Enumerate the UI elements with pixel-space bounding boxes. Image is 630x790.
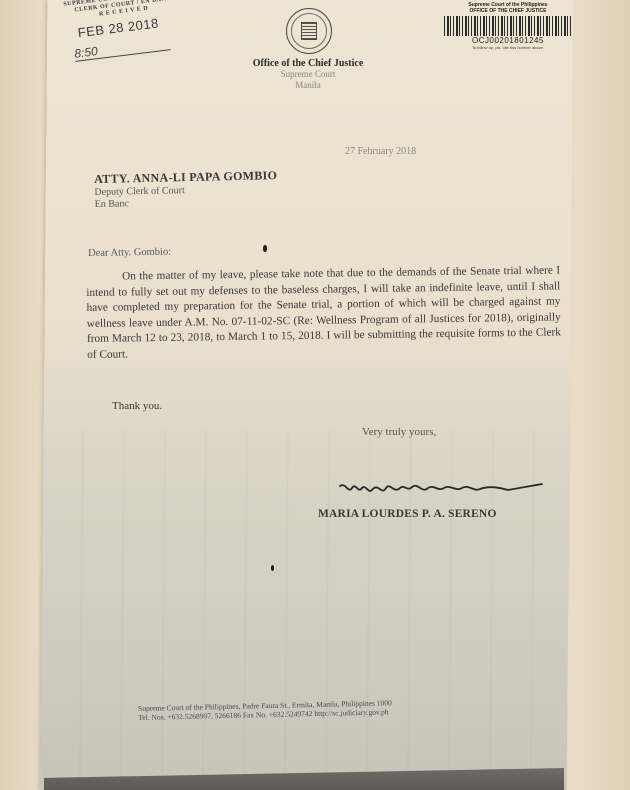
ink-speck (263, 245, 267, 252)
letter-page (41, 0, 574, 790)
signature-icon (338, 478, 548, 500)
ink-speck (271, 565, 274, 571)
recipient-block: ATTY. ANNA-LI PAPA GOMBIO Deputy Clerk o… (94, 168, 278, 211)
salutation: Dear Atty. Gombio: (88, 247, 171, 259)
seal-building-icon (301, 22, 317, 40)
barcode-icon (444, 16, 572, 36)
letter-date: 27 February 2018 (345, 146, 416, 157)
court-name: Supreme Court (238, 69, 378, 80)
court-city: Manila (238, 80, 378, 91)
barcode-number: OCJ00201801245 (432, 36, 584, 45)
letter-body: On the matter of my leave, please take n… (86, 263, 561, 363)
closing-line: Very truly yours, (362, 426, 436, 438)
signer-name: MARIA LOURDES P. A. SERENO (318, 508, 497, 520)
thanks-line: Thank you. (112, 400, 162, 412)
supreme-court-seal-icon (286, 8, 332, 54)
letterhead: Office of the Chief Justice Supreme Cour… (238, 58, 378, 91)
barcode-note: To follow up, pls. cite this number abov… (432, 45, 584, 50)
body-paragraph: On the matter of my leave, please take n… (86, 263, 561, 363)
barcode-issuer-2: OFFICE OF THE CHIEF JUSTICE (432, 8, 584, 14)
tracking-barcode-label: Supreme Court of the Philippines OFFICE … (432, 2, 584, 50)
office-name: Office of the Chief Justice (238, 58, 378, 69)
